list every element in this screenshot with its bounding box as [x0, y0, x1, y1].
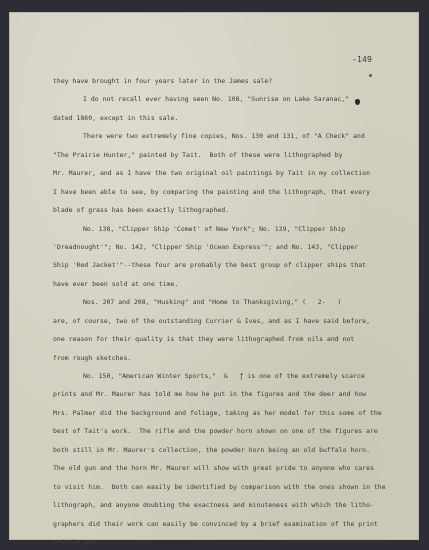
text-line: best of Tait's work. The rifle and the p… [53, 422, 393, 440]
body-text: they have brought in four years later in… [53, 72, 393, 550]
text-line: from rough sketches. [53, 349, 393, 367]
text-line: I have been able to see, by comparing th… [53, 183, 393, 201]
text-line: No. 150, "American Winter Sports," & ƒ i… [53, 367, 393, 385]
text-line: blade of grass has been exactly lithogra… [53, 201, 393, 219]
text-line: There were two extremely fine copies, No… [53, 127, 393, 145]
text-line: have ever been sold at one time. [53, 275, 393, 293]
text-line: lithograph, and anyone doubting the exac… [53, 496, 393, 514]
text-line: Mr. Maurer, and as I have the two origin… [53, 164, 393, 182]
text-line: 'Dreadnought'"; No. 142, "Clipper Ship '… [53, 238, 393, 256]
text-line: they have brought in four years later in… [53, 72, 393, 90]
text-line: to visit him. Both can easily be identif… [53, 478, 393, 496]
text-line: No. 138, "Clipper Ship 'Comet' of New Yo… [53, 220, 393, 238]
text-line: graphers did their work can easily be co… [53, 515, 393, 533]
text-line: prints and Mr. Maurer has told me how he… [53, 385, 393, 403]
text-line: dated 1860, except in this sale. [53, 109, 393, 127]
text-line: Ship 'Red Jacket'"--these four are proba… [53, 256, 393, 274]
text-line: both still in Mr. Maurer's collection, t… [53, 441, 393, 459]
text-line: Mrs. Palmer did the background and folia… [53, 404, 393, 422]
text-line: Nos. 207 and 208, "Husking" and "Home to… [53, 293, 393, 311]
text-line: The old gun and the horn Mr. Maurer will… [53, 459, 393, 477]
text-line: and the gun. [53, 533, 393, 550]
text-line: one reason for their quality is that the… [53, 330, 393, 348]
text-line: "The Prairie Hunter," painted by Tait. B… [53, 146, 393, 164]
text-line: are, of course, two of the outstanding C… [53, 312, 393, 330]
text-line: I do not recall ever having seen No. 108… [53, 90, 393, 108]
typewritten-page: -149 they have brought in four years lat… [9, 12, 419, 540]
page-number: -149 [352, 55, 372, 64]
